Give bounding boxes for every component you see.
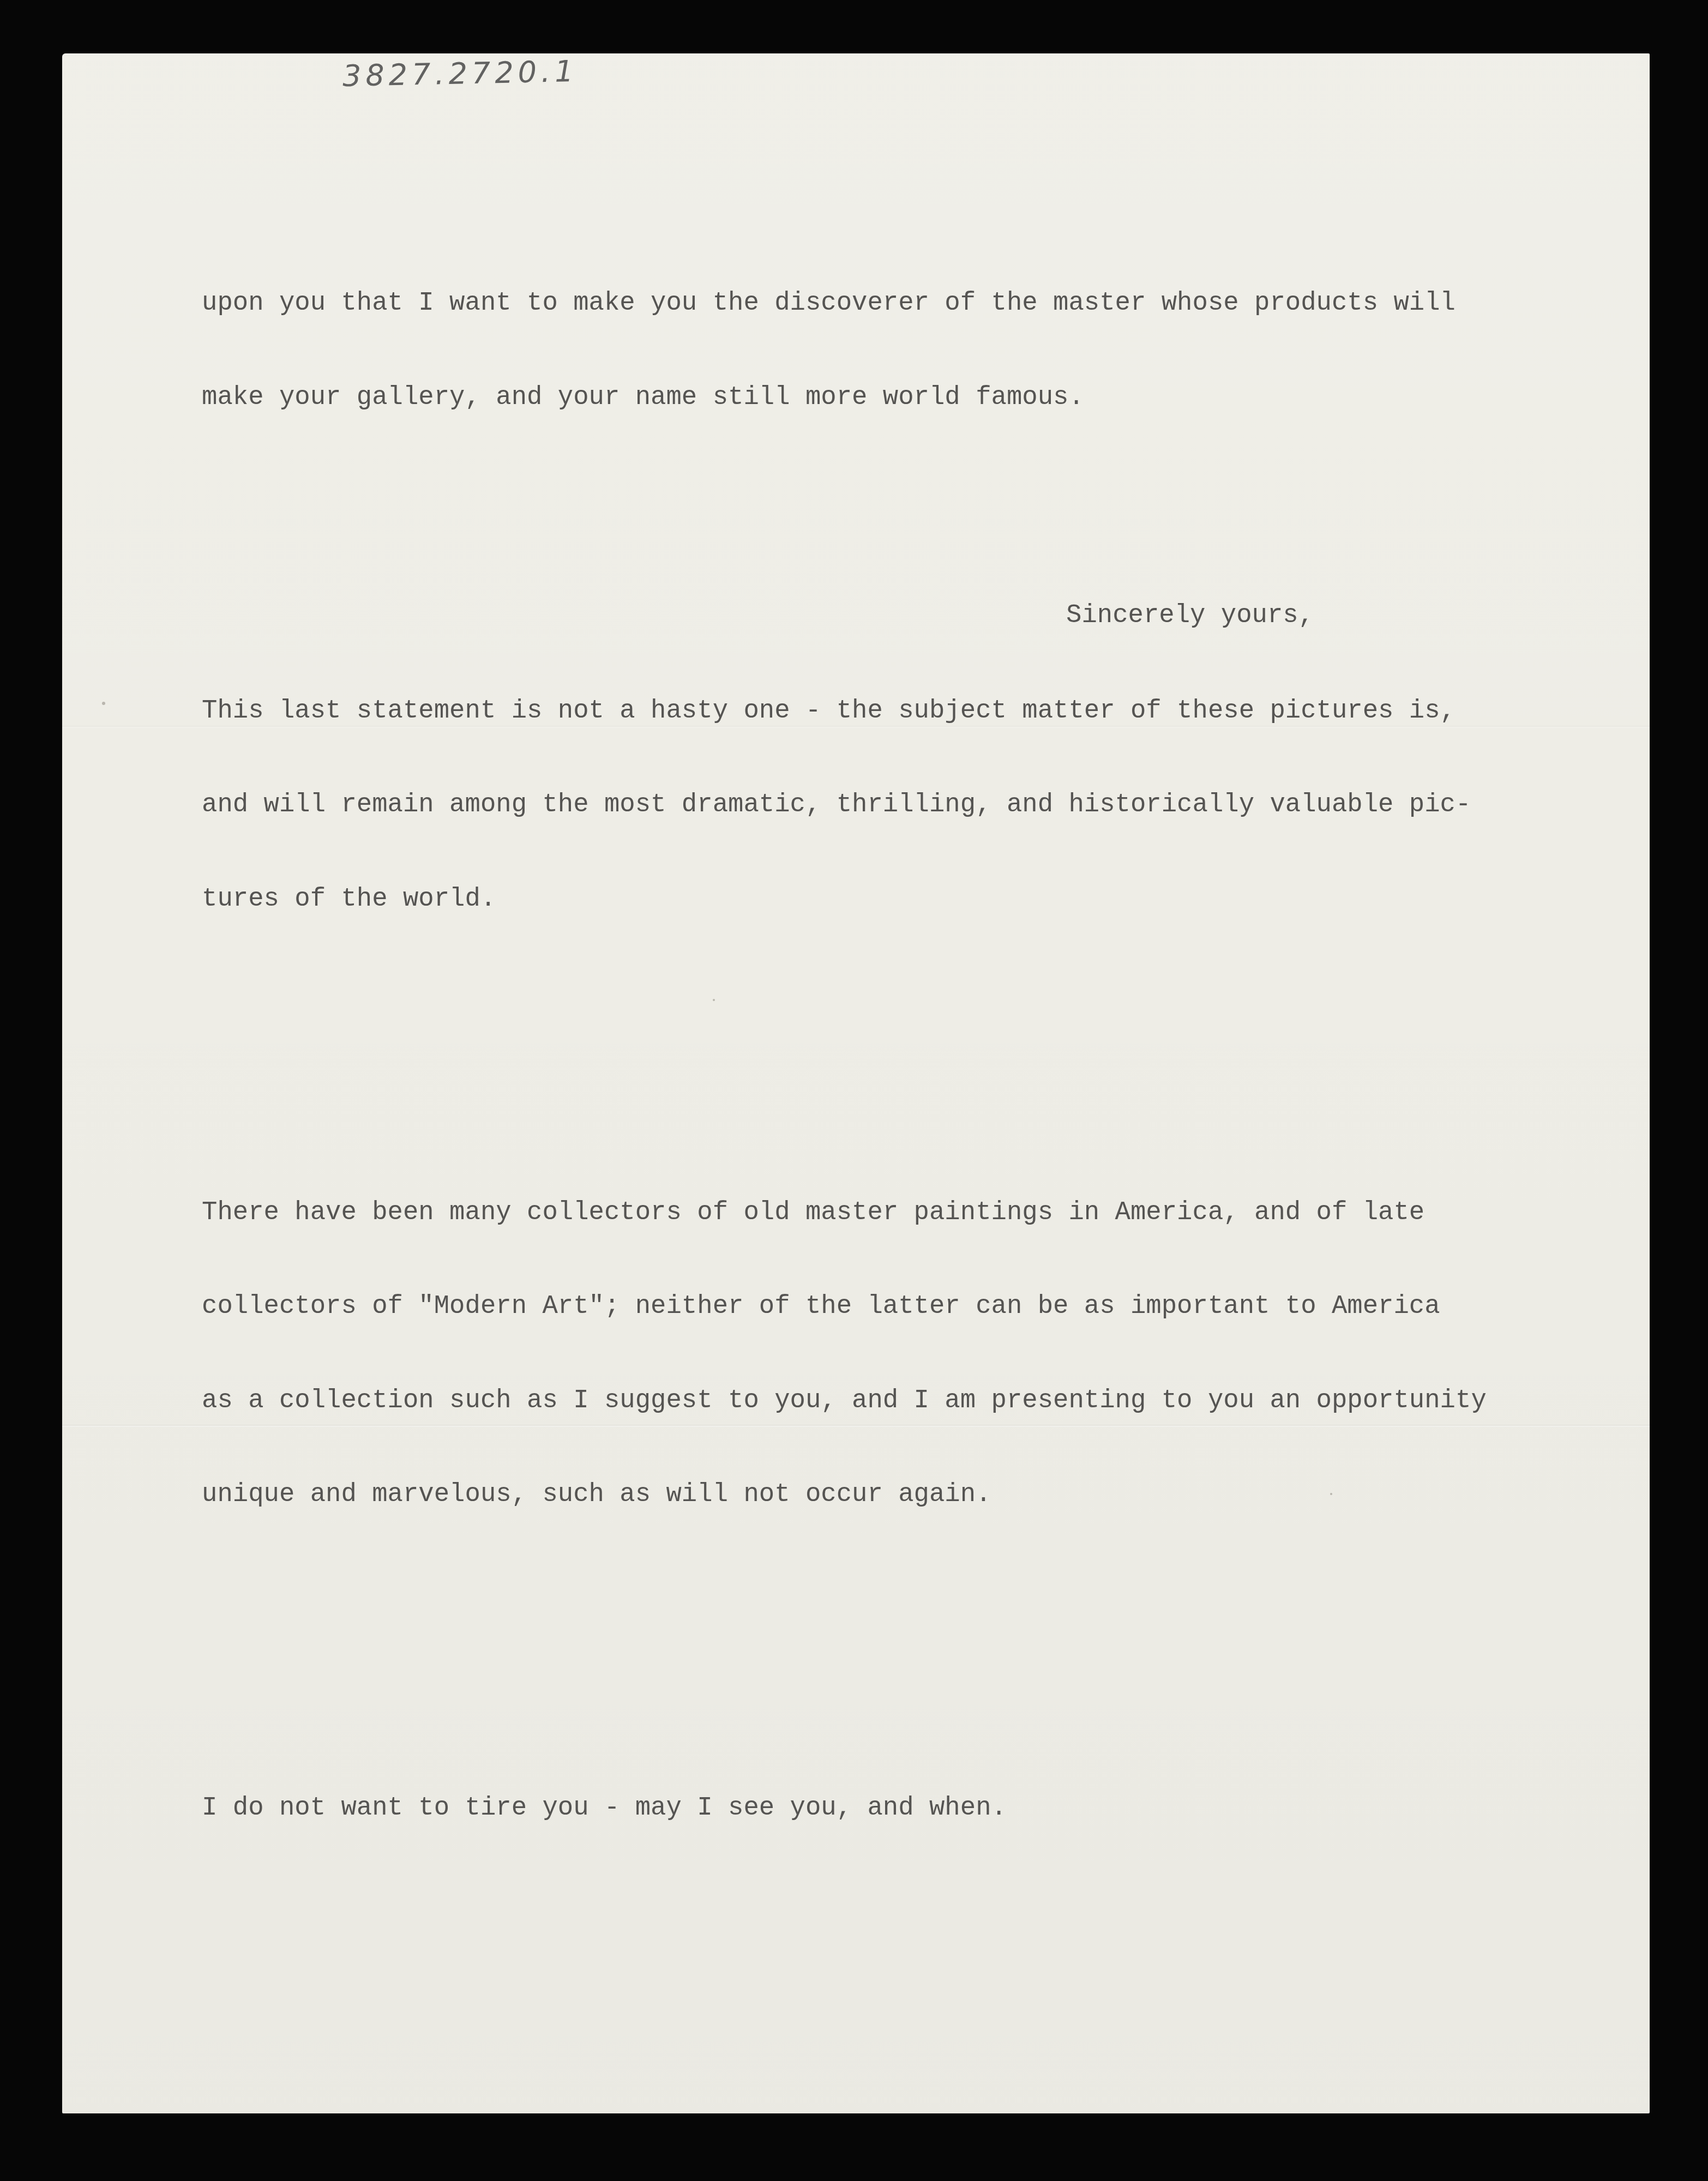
text-line: unique and marvelous, such as will not o… [202,1479,1487,1511]
paragraph-4: I do not want to tire you - may I see yo… [202,1730,1487,1887]
text-line: as a collection such as I suggest to you… [202,1385,1487,1417]
letter-body: upon you that I want to make you the dis… [202,162,1487,1950]
paragraph-spacer [202,1040,1487,1072]
handwritten-accession-number: 3827.2720.1 [342,54,578,93]
text-line: This last statement is not a hasty one -… [202,696,1487,727]
paragraph-spacer [202,539,1487,570]
paragraph-spacer [202,1636,1487,1668]
letter-page: 3827.2720.1 upon you that I want to make… [62,53,1650,2113]
text-line: collectors of "Modern Art"; neither of t… [202,1291,1487,1323]
text-line: There have been many collectors of old m… [202,1197,1487,1229]
paragraph-3: There have been many collectors of old m… [202,1135,1487,1574]
text-line: tures of the world. [202,884,1487,915]
text-line: and will remain among the most dramatic,… [202,790,1487,821]
text-line: upon you that I want to make you the dis… [202,288,1487,320]
letter-closing: Sincerely yours, [1066,600,1314,632]
paragraph-2: This last statement is not a hasty one -… [202,633,1487,978]
paragraph-1: upon you that I want to make you the dis… [202,225,1487,476]
text-line: make your gallery, and your name still m… [202,382,1487,414]
paper-blemish [102,702,105,705]
text-line: I do not want to tire you - may I see yo… [202,1793,1487,1824]
